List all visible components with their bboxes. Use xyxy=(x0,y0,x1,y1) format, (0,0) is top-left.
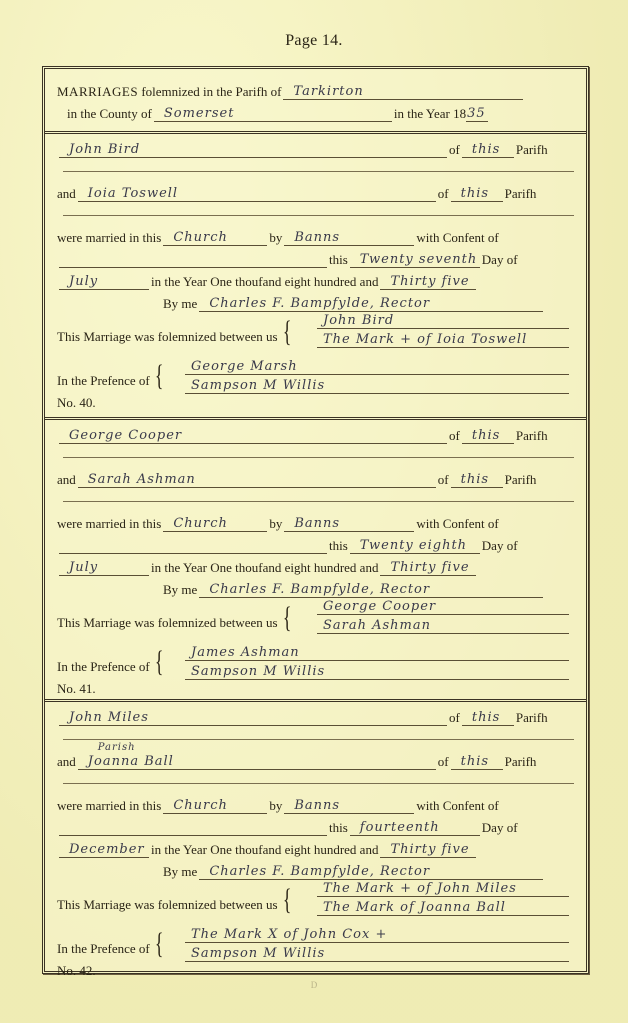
of-label: of xyxy=(438,472,449,488)
presence-label: In the Prefence of xyxy=(57,373,150,389)
entry-number-line: No. 42. xyxy=(57,963,96,979)
officiant-line: By me Charles F. Bampfylde, Rector xyxy=(163,295,545,312)
header-marriages: MARRIAGES xyxy=(57,84,138,100)
witness-line: George Marsh xyxy=(185,357,569,375)
marriage-entry: John Miles of this Parifh and Joanna Bal… xyxy=(45,699,586,971)
consent-label: with Confent of xyxy=(416,230,498,246)
groom-name: John Miles xyxy=(69,710,149,725)
bride-parish: this xyxy=(461,754,489,769)
by-field: Banns xyxy=(284,229,414,246)
by-field: Banns xyxy=(284,797,414,814)
witnesses-block: The Mark X of John Cox + Sampson M Willi… xyxy=(185,925,569,965)
day-value: Twenty seventh xyxy=(360,252,477,267)
and-label: and xyxy=(57,472,76,488)
brace-icon: { xyxy=(155,931,164,957)
of-label: of xyxy=(449,428,460,444)
in-the-year-label: in the Year One thoufand eight hundred a… xyxy=(151,842,378,858)
witness-line: The Mark X of John Cox + xyxy=(185,925,569,943)
by-me-label: By me xyxy=(163,296,197,312)
parish-label: Parifh xyxy=(516,428,548,444)
year-line: December in the Year One thoufand eight … xyxy=(57,841,478,858)
groom-field: John Miles xyxy=(59,709,447,726)
county-field: Somerset xyxy=(154,105,392,122)
parish-label: Parifh xyxy=(516,142,548,158)
presence-label: In the Prefence of xyxy=(57,941,150,957)
year-value: 35 xyxy=(467,106,486,121)
year-words-field: Thirty five xyxy=(380,273,476,290)
bride-field: Joanna Ball Parish xyxy=(78,753,436,770)
bride-note: Parish xyxy=(98,742,136,753)
bride-line: and Joanna Ball Parish of this Parifh xyxy=(57,753,536,770)
consent-label: with Confent of xyxy=(416,798,498,814)
divider-rule xyxy=(63,171,574,172)
day-value: Twenty eighth xyxy=(360,538,467,553)
year-words-field: Thirty five xyxy=(380,841,476,858)
place-value: Church xyxy=(173,516,228,531)
signatures-block: The Mark + of John Miles The Mark of Joa… xyxy=(317,879,569,919)
bride-field: Ioia Toswell xyxy=(78,185,436,202)
groom-field: John Bird xyxy=(59,141,447,158)
signature-line: Sarah Ashman xyxy=(317,616,569,634)
officiant-line: By me Charles F. Bampfylde, Rector xyxy=(163,581,545,598)
witness-2: Sampson M Willis xyxy=(191,946,325,961)
brace-icon: { xyxy=(282,887,291,913)
year-words-value: Thirty five xyxy=(390,560,469,575)
presence-line: In the Prefence of { xyxy=(57,649,168,675)
groom-parish-field: this xyxy=(462,427,514,444)
bride-parish-field: this xyxy=(451,185,503,202)
month-field: July xyxy=(59,559,149,576)
place-field: Church xyxy=(163,797,267,814)
bride-line: and Sarah Ashman of this Parifh xyxy=(57,471,536,488)
day-value: fourteenth xyxy=(360,820,440,835)
by-label: by xyxy=(269,230,282,246)
bride-field: Sarah Ashman xyxy=(78,471,436,488)
entry-number-line: No. 41. xyxy=(57,681,96,697)
married-in-label: were married in this xyxy=(57,516,161,532)
divider-rule xyxy=(63,457,574,458)
signature-2: The Mark + of Ioia Toswell xyxy=(323,332,527,347)
day-field: fourteenth xyxy=(350,819,480,836)
groom-parish: this xyxy=(472,710,500,725)
register-header: MARRIAGES folemnized in the Parifh of Ta… xyxy=(45,69,586,134)
of-label: of xyxy=(449,710,460,726)
by-me-label: By me xyxy=(163,864,197,880)
witnesses-block: George Marsh Sampson M Willis xyxy=(185,357,569,397)
solemnized-label: This Marriage was folemnized between us xyxy=(57,615,278,631)
brace-icon: { xyxy=(155,363,164,389)
signature-line: The Mark + of Ioia Toswell xyxy=(317,330,569,348)
by-value: Banns xyxy=(294,516,340,531)
this-label: this xyxy=(329,538,348,554)
groom-field: George Cooper xyxy=(59,427,447,444)
solemnized-label: This Marriage was folemnized between us xyxy=(57,329,278,345)
witness-line: Sampson M Willis xyxy=(185,662,569,680)
signature-2: The Mark of Joanna Ball xyxy=(323,900,506,915)
brace-icon: { xyxy=(155,649,164,675)
in-the-year-label: in the Year One thoufand eight hundred a… xyxy=(151,560,378,576)
by-field: Banns xyxy=(284,515,414,532)
consent-field xyxy=(59,251,327,268)
married-in-label: were married in this xyxy=(57,230,161,246)
officiant-field: Charles F. Bampfylde, Rector xyxy=(199,863,543,880)
month-value: July xyxy=(69,560,98,575)
header-solemnized-text: folemnized in the Parifh of xyxy=(141,84,281,100)
witness-2: Sampson M Willis xyxy=(191,664,325,679)
witness-2: Sampson M Willis xyxy=(191,378,325,393)
signatures-block: George Cooper Sarah Ashman xyxy=(317,597,569,637)
brace-icon: { xyxy=(282,319,291,345)
day-of-label: Day of xyxy=(482,820,518,836)
place-value: Church xyxy=(173,798,228,813)
groom-line: George Cooper of this Parifh xyxy=(57,427,548,444)
year-field: 35 xyxy=(466,105,488,122)
witness-1: James Ashman xyxy=(191,645,300,660)
divider-rule xyxy=(63,739,574,740)
signature-line: The Mark of Joanna Ball xyxy=(317,898,569,916)
marriage-register-frame: MARRIAGES folemnized in the Parifh of Ta… xyxy=(42,66,589,974)
page-title: Page 14. xyxy=(0,32,628,50)
signature-1: John Bird xyxy=(323,313,394,328)
marriage-entry: John Bird of this Parifh and Ioia Toswel… xyxy=(45,131,586,420)
by-value: Banns xyxy=(294,230,340,245)
year-line: July in the Year One thoufand eight hund… xyxy=(57,273,478,290)
parish-label: Parifh xyxy=(516,710,548,726)
groom-parish-field: this xyxy=(462,709,514,726)
parish-value: Tarkirton xyxy=(293,84,363,99)
page-footer-mark: D xyxy=(0,980,628,990)
solemnized-line: This Marriage was folemnized between us … xyxy=(57,887,296,913)
witness-line: James Ashman xyxy=(185,643,569,661)
by-label: by xyxy=(269,798,282,814)
in-the-year-label: in the Year One thoufand eight hundred a… xyxy=(151,274,378,290)
presence-label: In the Prefence of xyxy=(57,659,150,675)
year-words-field: Thirty five xyxy=(380,559,476,576)
place-field: Church xyxy=(163,229,267,246)
groom-parish: this xyxy=(472,428,500,443)
bride-parish-field: this xyxy=(451,753,503,770)
this-label: this xyxy=(329,820,348,836)
of-label: of xyxy=(449,142,460,158)
officiant-line: By me Charles F. Bampfylde, Rector xyxy=(163,863,545,880)
by-label: by xyxy=(269,516,282,532)
day-field: Twenty seventh xyxy=(350,251,480,268)
day-line: this Twenty seventh Day of xyxy=(57,251,518,268)
solemnized-line: This Marriage was folemnized between us … xyxy=(57,319,296,345)
divider-rule xyxy=(63,215,574,216)
bride-name: Sarah Ashman xyxy=(88,472,196,487)
and-label: and xyxy=(57,186,76,202)
married-in-line: were married in this Church by Banns wit… xyxy=(57,797,499,814)
officiant-field: Charles F. Bampfylde, Rector xyxy=(199,295,543,312)
married-in-line: were married in this Church by Banns wit… xyxy=(57,229,499,246)
month-value: July xyxy=(69,274,98,289)
presence-line: In the Prefence of { xyxy=(57,363,168,389)
witness-line: Sampson M Willis xyxy=(185,944,569,962)
of-label: of xyxy=(438,754,449,770)
month-field: December xyxy=(59,841,149,858)
signature-line: John Bird xyxy=(317,311,569,329)
brace-icon: { xyxy=(282,605,291,631)
parish-field: Tarkirton xyxy=(283,83,523,100)
and-label: and xyxy=(57,754,76,770)
day-line: this fourteenth Day of xyxy=(57,819,518,836)
this-label: this xyxy=(329,252,348,268)
county-value: Somerset xyxy=(164,106,235,121)
year-line: July in the Year One thoufand eight hund… xyxy=(57,559,478,576)
signature-2: Sarah Ashman xyxy=(323,618,431,633)
header-year-text: in the Year 18 xyxy=(394,106,466,122)
parish-label: Parifh xyxy=(505,186,537,202)
witness-1: The Mark X of John Cox + xyxy=(191,927,387,942)
bride-line: and Ioia Toswell of this Parifh xyxy=(57,185,536,202)
signature-1: George Cooper xyxy=(323,599,436,614)
day-line: this Twenty eighth Day of xyxy=(57,537,518,554)
bride-parish-field: this xyxy=(451,471,503,488)
header-line-2: in the County of Somerset in the Year 18… xyxy=(67,105,490,122)
bride-name: Ioia Toswell xyxy=(88,186,178,201)
header-line-1: MARRIAGES folemnized in the Parifh of Ta… xyxy=(57,83,525,100)
divider-rule xyxy=(63,783,574,784)
consent-field xyxy=(59,537,327,554)
entry-number: No. 40. xyxy=(57,395,96,411)
groom-parish-field: this xyxy=(462,141,514,158)
groom-line: John Miles of this Parifh xyxy=(57,709,548,726)
entry-number: No. 42. xyxy=(57,963,96,979)
officiant-value: Charles F. Bampfylde, Rector xyxy=(209,296,430,311)
of-label: of xyxy=(438,186,449,202)
day-field: Twenty eighth xyxy=(350,537,480,554)
day-of-label: Day of xyxy=(482,538,518,554)
witness-1: George Marsh xyxy=(191,359,298,374)
witness-line: Sampson M Willis xyxy=(185,376,569,394)
married-in-line: were married in this Church by Banns wit… xyxy=(57,515,499,532)
parish-label: Parifh xyxy=(505,754,537,770)
signature-line: George Cooper xyxy=(317,597,569,615)
consent-label: with Confent of xyxy=(416,516,498,532)
presence-line: In the Prefence of { xyxy=(57,931,168,957)
consent-field xyxy=(59,819,327,836)
solemnized-label: This Marriage was folemnized between us xyxy=(57,897,278,913)
officiant-field: Charles F. Bampfylde, Rector xyxy=(199,581,543,598)
groom-parish: this xyxy=(472,142,500,157)
parish-label: Parifh xyxy=(505,472,537,488)
divider-rule xyxy=(63,501,574,502)
groom-name: George Cooper xyxy=(69,428,182,443)
bride-parish: this xyxy=(461,186,489,201)
married-in-label: were married in this xyxy=(57,798,161,814)
entry-number-line: No. 40. xyxy=(57,395,96,411)
by-value: Banns xyxy=(294,798,340,813)
place-value: Church xyxy=(173,230,228,245)
month-field: July xyxy=(59,273,149,290)
groom-line: John Bird of this Parifh xyxy=(57,141,548,158)
bride-parish: this xyxy=(461,472,489,487)
place-field: Church xyxy=(163,515,267,532)
marriage-entry: George Cooper of this Parifh and Sarah A… xyxy=(45,417,586,702)
officiant-value: Charles F. Bampfylde, Rector xyxy=(209,582,430,597)
bride-name: Joanna Ball xyxy=(88,754,174,769)
witnesses-block: James Ashman Sampson M Willis xyxy=(185,643,569,683)
officiant-value: Charles F. Bampfylde, Rector xyxy=(209,864,430,879)
groom-name: John Bird xyxy=(69,142,140,157)
header-county-text: in the County of xyxy=(67,106,152,122)
day-of-label: Day of xyxy=(482,252,518,268)
solemnized-line: This Marriage was folemnized between us … xyxy=(57,605,296,631)
signatures-block: John Bird The Mark + of Ioia Toswell xyxy=(317,311,569,351)
year-words-value: Thirty five xyxy=(390,842,469,857)
year-words-value: Thirty five xyxy=(390,274,469,289)
entry-number: No. 41. xyxy=(57,681,96,697)
signature-1: The Mark + of John Miles xyxy=(323,881,517,896)
signature-line: The Mark + of John Miles xyxy=(317,879,569,897)
by-me-label: By me xyxy=(163,582,197,598)
month-value: December xyxy=(69,842,145,857)
